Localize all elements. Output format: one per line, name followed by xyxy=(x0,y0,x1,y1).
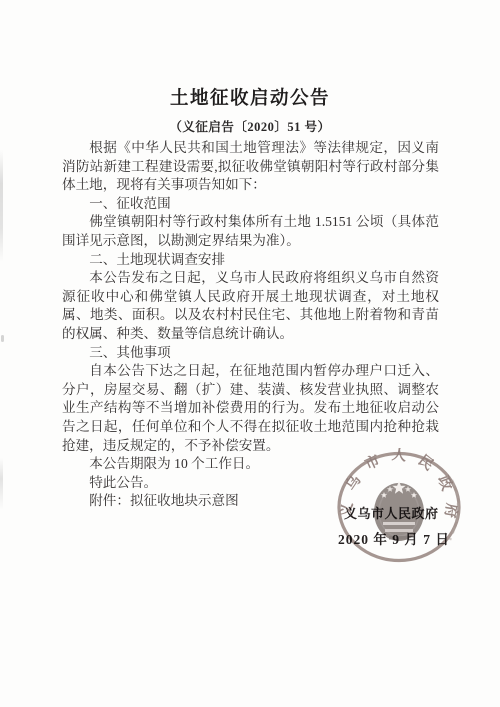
section-1-heading: 一、征收范围 xyxy=(62,195,439,214)
section-3-text: 自本公告下达之日起，在征地范围内暂停办理户口迁入、分户，房屋交易、翻（扩）建、装… xyxy=(62,362,439,455)
scan-artifact xyxy=(0,458,3,510)
seal-ghost-arc xyxy=(450,480,458,540)
closing-line: 特此公告。 xyxy=(62,474,439,493)
section-2-heading: 二、土地现状调查安排 xyxy=(62,251,439,270)
document-body: 根据《中华人民共和国土地管理法》等法律规定，因义南消防站新建工程建设需要,拟征收… xyxy=(62,139,439,511)
date-line: 2020 年 9 月 7 日 xyxy=(338,528,450,548)
document-number: （义征启告〔2020〕51 号） xyxy=(0,117,500,135)
section-2-text: 本公告发布之日起，义乌市人民政府将组织义乌市自然资源征收中心和佛堂镇人民政府开展… xyxy=(62,269,439,343)
section-1-text: 佛堂镇朝阳村等行政村集体所有土地 1.5151 公顷（具体范围详见示意图，以勘测… xyxy=(62,213,439,250)
paragraph-intro: 根据《中华人民共和国土地管理法》等法律规定，因义南消防站新建工程建设需要,拟征收… xyxy=(62,139,439,195)
scanned-document-page: 土地征收启动公告 （义征启告〔2020〕51 号） 根据《中华人民共和国土地管理… xyxy=(0,0,500,707)
scan-artifact xyxy=(0,150,3,262)
scan-artifact xyxy=(1,335,4,342)
notice-period: 本公告期限为 10 个工作日。 xyxy=(62,455,439,474)
issuer-line: 义乌市人民政府 xyxy=(344,503,439,522)
document-title: 土地征收启动公告 xyxy=(0,84,500,110)
section-3-heading: 三、其他事项 xyxy=(62,344,439,363)
